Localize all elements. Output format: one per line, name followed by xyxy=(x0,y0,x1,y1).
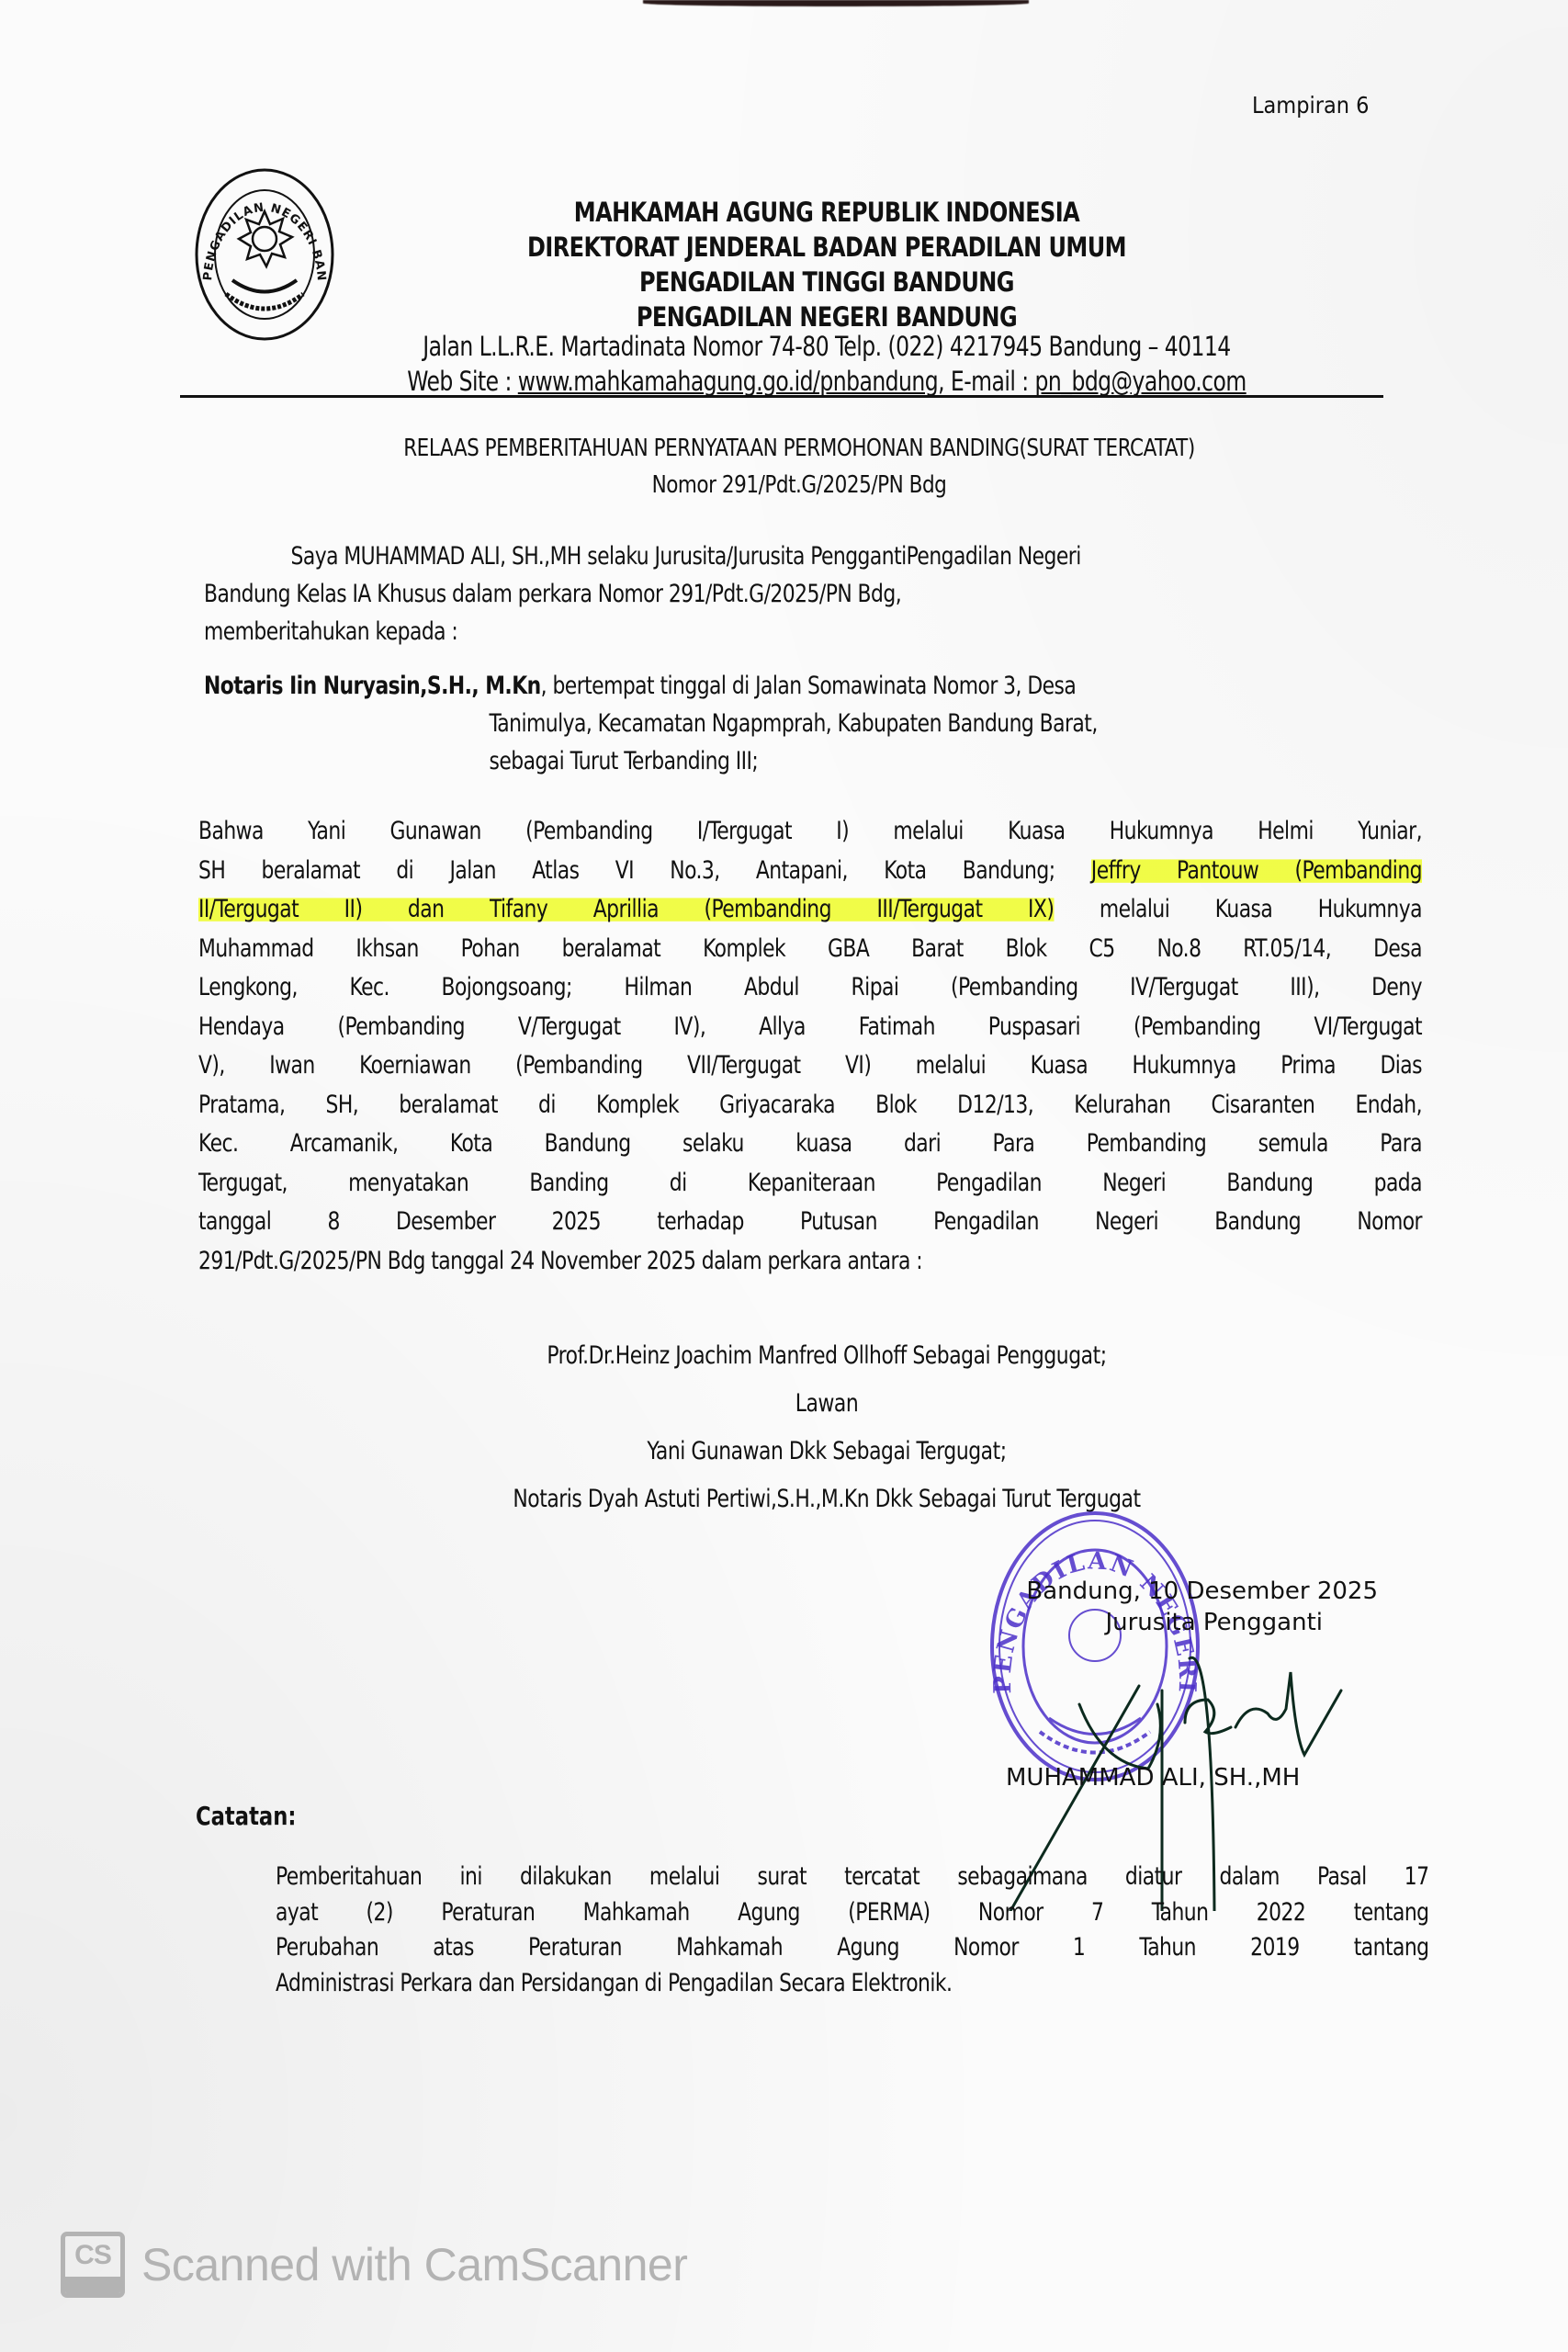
recipient-paragraph: Notaris Iin Nuryasin,S.H., M.Kn, bertemp… xyxy=(204,667,1416,780)
camscanner-logo-icon: CS xyxy=(61,2232,125,2298)
body-line: Hendaya (Pembanding V/Tergugat IV), Ally… xyxy=(198,1008,1422,1047)
note-line: Perubahan atas Peraturan Mahkamah Agung … xyxy=(276,1930,1429,1966)
case-parties: Prof.Dr.Heinz Joachim Manfred Ollhoff Se… xyxy=(331,1332,1323,1523)
signature-block: Bandung, 10 Desember 2025 Jurusita Pengg… xyxy=(974,1576,1378,1638)
defendant: Yani Gunawan Dkk Sebagai Tergugat; xyxy=(331,1428,1323,1476)
recipient-address: Tanimulya, Kecamatan Ngapmprah, Kabupate… xyxy=(204,705,1416,742)
letterhead-line: MAHKAMAH AGUNG REPUBLIK INDONESIA xyxy=(320,195,1334,230)
court-web-email: Web Site : www.mahkamahagung.go.id/pnban… xyxy=(331,364,1323,399)
court-address: Jalan L.L.R.E. Martadinata Nomor 74-80 T… xyxy=(331,329,1323,364)
body-line: tanggal 8 Desember 2025 terhadap Putusan… xyxy=(198,1203,1422,1242)
highlighted-text: Jeffry Pantouw (Pembanding xyxy=(1091,856,1422,885)
camscanner-watermark: CS Scanned with CamScanner xyxy=(61,2228,687,2301)
highlighted-text: II/Tergugat II) dan Tifany Aprillia (Pem… xyxy=(198,895,1054,923)
document-title-block: RELAAS PEMBERITAHUAN PERNYATAAN PERMOHON… xyxy=(233,430,1366,503)
recipient-role: sebagai Turut Terbanding III; xyxy=(204,742,1416,780)
watermark-text: Scanned with CamScanner xyxy=(141,2238,687,2291)
note-line: Administrasi Perkara dan Persidangan di … xyxy=(276,1966,1429,2002)
body-line: V), Iwan Koerniawan (Pembanding VII/Terg… xyxy=(198,1046,1422,1086)
intro-paragraph: Saya MUHAMMAD ALI, SH.,MH selaku Jurusit… xyxy=(204,537,1416,650)
note-line: Pemberitahuan ini dilakukan melalui sura… xyxy=(276,1860,1429,1895)
court-seal-logo-icon: PENGADILAN NEGERI BANDUNG xyxy=(191,165,338,345)
body-line: Tergugat, menyatakan Banding di Kepanite… xyxy=(198,1164,1422,1204)
letterhead-line: PENGADILAN TINGGI BANDUNG xyxy=(320,265,1334,300)
intro-line: memberitahukan kepada : xyxy=(204,613,1416,650)
body-line: Bahwa Yani Gunawan (Pembanding I/Terguga… xyxy=(198,812,1422,852)
website-label: Web Site : xyxy=(407,366,517,397)
attachment-label: Lampiran 6 xyxy=(1252,92,1369,119)
intro-line: Bandung Kelas IA Khusus dalam perkara No… xyxy=(204,575,1416,613)
body-line: Lengkong, Kec. Bojongsoang; Hilman Abdul… xyxy=(198,968,1422,1008)
body-line: Muhammad Ikhsan Pohan beralamat Komplek … xyxy=(198,930,1422,969)
email-link[interactable]: pn_bdg@yahoo.com xyxy=(1035,366,1247,397)
note-line: ayat (2) Peraturan Mahkamah Agung (PERMA… xyxy=(276,1895,1429,1931)
body-line: Kec. Arcamanik, Kota Bandung selaku kuas… xyxy=(198,1125,1422,1164)
place-date: Bandung, 10 Desember 2025 xyxy=(974,1576,1378,1607)
body-line: SH beralamat di Jalan Atlas VI No.3, Ant… xyxy=(198,852,1422,891)
body-paragraph: Bahwa Yani Gunawan (Pembanding I/Terguga… xyxy=(198,812,1422,1281)
versus-label: Lawan xyxy=(331,1380,1323,1428)
scan-edge-shadow xyxy=(643,0,1029,6)
note-text: Pemberitahuan ini dilakukan melalui sura… xyxy=(276,1860,1429,2001)
letterhead-divider xyxy=(180,395,1383,398)
body-line: 291/Pdt.G/2025/PN Bdg tanggal 24 Novembe… xyxy=(198,1242,1422,1282)
recipient-address: , bertempat tinggal di Jalan Somawinata … xyxy=(541,672,1077,700)
website-link[interactable]: www.mahkamahagung.go.id/pnbandung xyxy=(518,366,938,397)
note-label: Catatan: xyxy=(196,1801,296,1831)
signer-role: Jurusita Pengganti xyxy=(974,1607,1378,1638)
letterhead-contact: Jalan L.L.R.E. Martadinata Nomor 74-80 T… xyxy=(331,329,1323,399)
document-title: RELAAS PEMBERITAHUAN PERNYATAAN PERMOHON… xyxy=(233,430,1366,467)
case-number: Nomor 291/Pdt.G/2025/PN Bdg xyxy=(233,467,1366,503)
letterhead: MAHKAMAH AGUNG REPUBLIK INDONESIA DIREKT… xyxy=(320,195,1334,334)
recipient-name: Notaris Iin Nuryasin,S.H., M.Kn xyxy=(204,672,541,700)
body-line: II/Tergugat II) dan Tifany Aprillia (Pem… xyxy=(198,890,1422,930)
email-label: , E-mail : xyxy=(938,366,1034,397)
plaintiff: Prof.Dr.Heinz Joachim Manfred Ollhoff Se… xyxy=(331,1332,1323,1380)
intro-line: Saya MUHAMMAD ALI, SH.,MH selaku Jurusit… xyxy=(204,537,1416,575)
letterhead-line: DIREKTORAT JENDERAL BADAN PERADILAN UMUM xyxy=(320,230,1334,265)
body-line: Pratama, SH, beralamat di Komplek Griyac… xyxy=(198,1086,1422,1125)
signer-name: MUHAMMAD ALI, SH.,MH xyxy=(1006,1764,1300,1792)
